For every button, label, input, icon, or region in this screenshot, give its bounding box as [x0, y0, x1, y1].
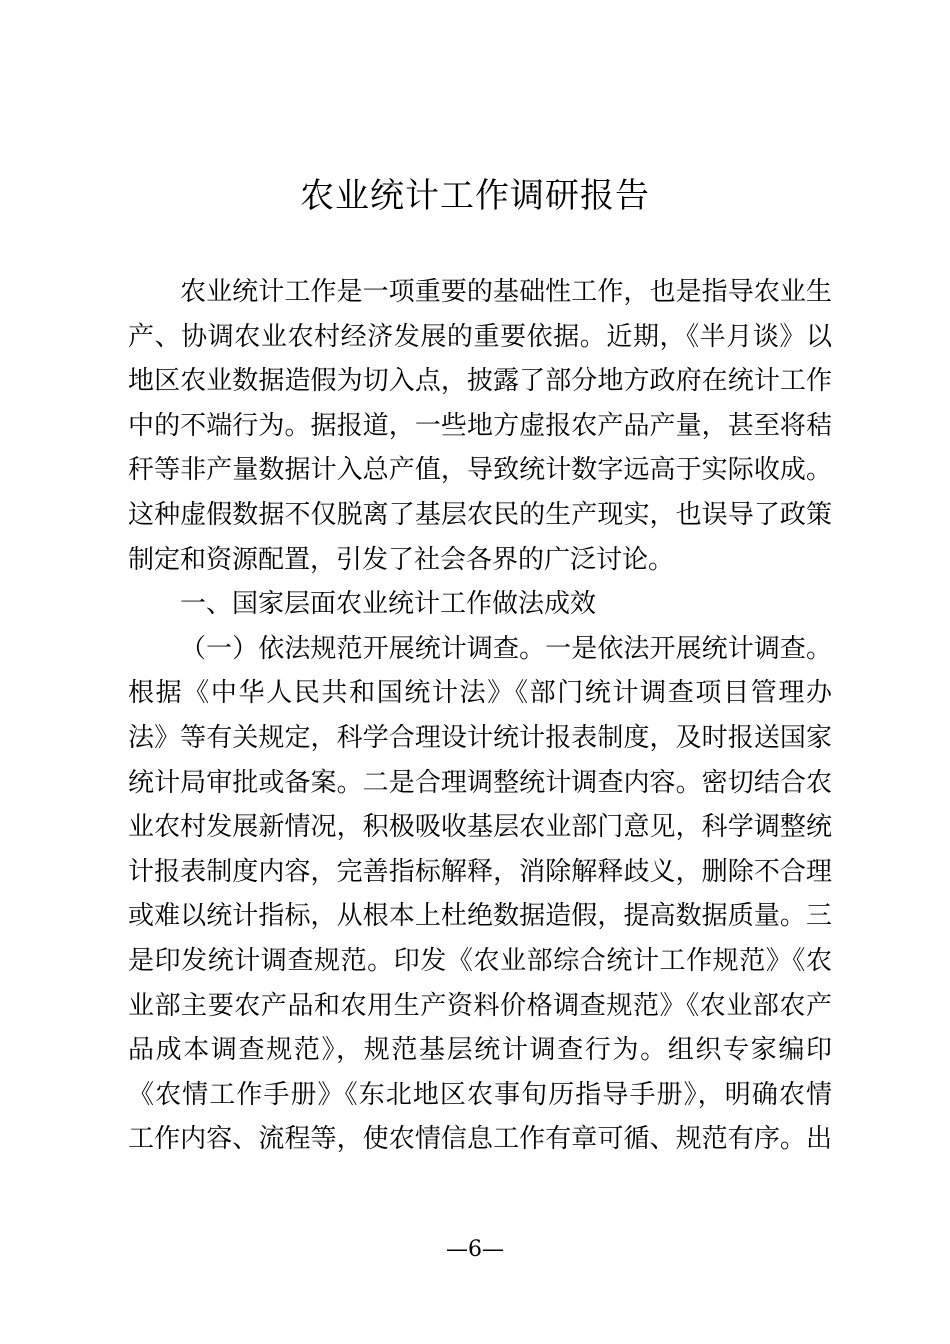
document-page: 农业统计工作调研报告 农业统计工作是一项重要的基础性工作，也是指导农业生 产、协… — [0, 0, 950, 1344]
paragraph-section1-line-12: 工作内容、流程等，使农情信息工作有章可循、规范有序。出 — [128, 1117, 832, 1162]
paragraph-section1-line-9: 业部主要农产品和农用生产资料价格调查规范》《农业部农产 — [128, 984, 832, 1029]
paragraph-intro-line-3: 地区农业数据造假为切入点，披露了部分地方政府在统计工作 — [128, 359, 832, 404]
paragraph-section1-line-6: 计报表制度内容，完善指标解释，消除解释歧义，删除不合理 — [128, 850, 832, 895]
paragraph-section1-line-11: 《农情工作手册》《东北地区农事旬历指导手册》，明确农情 — [128, 1073, 832, 1118]
paragraph-section1-line-10: 品成本调查规范》，规范基层统计调查行为。组织专家编印 — [128, 1028, 832, 1073]
paragraph-intro-line-6: 这种虚假数据不仅脱离了基层农民的生产现实，也误导了政策 — [128, 493, 832, 538]
document-body: 农业统计工作是一项重要的基础性工作，也是指导农业生 产、协调农业农村经济发展的重… — [128, 270, 832, 1162]
paragraph-intro-line-5: 秆等非产量数据计入总产值，导致统计数字远高于实际收成。 — [128, 448, 832, 493]
paragraph-section1-line-8: 是印发统计调查规范。印发《农业部综合统计工作规范》《农 — [128, 939, 832, 984]
paragraph-section1-line-1: （一）依法规范开展统计调查。一是依法开展统计调查。 — [128, 627, 832, 672]
section-heading-1: 一、国家层面农业统计工作做法成效 — [128, 582, 832, 627]
paragraph-intro-line-7: 制定和资源配置，引发了社会各界的广泛讨论。 — [128, 538, 832, 583]
paragraph-section1-line-3: 法》等有关规定，科学合理设计统计报表制度，及时报送国家 — [128, 716, 832, 761]
paragraph-section1-line-4: 统计局审批或备案。二是合理调整统计调查内容。密切结合农 — [128, 761, 832, 806]
paragraph-intro-line-4: 中的不端行为。据报道，一些地方虚报农产品产量，甚至将秸 — [128, 404, 832, 449]
paragraph-section1-line-5: 业农村发展新情况，积极吸收基层农业部门意见，科学调整统 — [128, 805, 832, 850]
paragraph-section1-line-2: 根据《中华人民共和国统计法》《部门统计调查项目管理办 — [128, 671, 832, 716]
paragraph-intro-line-2: 产、协调农业农村经济发展的重要依据。近期，《半月谈》以 — [128, 315, 832, 360]
page-number: —6— — [0, 1236, 950, 1264]
paragraph-section1-line-7: 或难以统计指标，从根本上杜绝数据造假，提高数据质量。三 — [128, 894, 832, 939]
paragraph-intro-line-1: 农业统计工作是一项重要的基础性工作，也是指导农业生 — [128, 270, 832, 315]
document-title: 农业统计工作调研报告 — [0, 172, 950, 220]
